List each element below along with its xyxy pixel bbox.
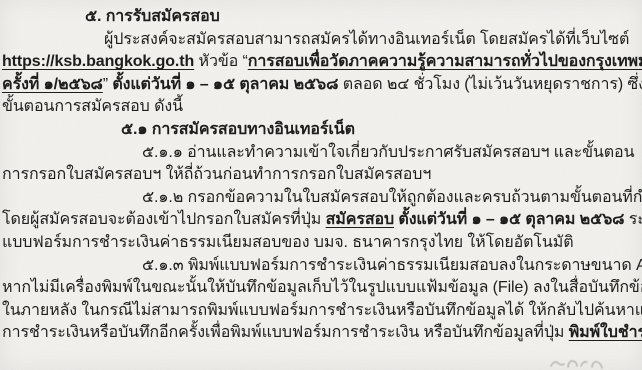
- text-run: โดยผู้สมัครสอบจะต้องเข้าไปกรอกใบสมัครที่…: [2, 211, 326, 228]
- text-line: ๕.๑.๒ กรอกข้อความในใบสมัครสอบให้ถูกต้องแ…: [0, 187, 642, 210]
- text-run: ในภายหลัง ในกรณีไม่สามารถพิมพ์แบบฟอร์มกา…: [2, 302, 642, 319]
- text-line: การชำระเงินหรือบันทึกอีกครั้งเพื่อพิมพ์แ…: [0, 322, 642, 345]
- section-heading: ๕. การรับสมัครสอบ: [0, 6, 642, 29]
- text-line: หากไม่มีเครื่องพิมพ์ในขณะนั้นให้บันทึกข้…: [0, 277, 642, 300]
- text-run: แบบฟอร์มการชำระเงินค่าธรรมเนียมสอบของ บม…: [2, 234, 574, 251]
- exam-title-continued: ครั้งที่ ๑/๒๕๖๘: [2, 76, 103, 93]
- text-run: ผู้ประสงค์จะสมัครสอบสามารถสมัครได้ทางอิน…: [104, 31, 629, 48]
- text-line: โดยผู้สมัครสอบจะต้องเข้าไปกรอกใบสมัครที่…: [0, 209, 642, 232]
- text-line: ในภายหลัง ในกรณีไม่สามารถพิมพ์แบบฟอร์มกา…: [0, 300, 642, 323]
- subsection-heading: ๕.๑ การสมัครสอบทางอินเทอร์เน็ต: [0, 119, 642, 142]
- exam-title: การสอบเพื่อวัดภาคความรู้ความสามารถทั่วไป…: [248, 53, 642, 70]
- text-run: การชำระเงินหรือบันทึกอีกครั้งเพื่อพิมพ์แ…: [2, 324, 569, 341]
- text-line: ผู้ประสงค์จะสมัครสอบสามารถสมัครได้ทางอิน…: [0, 29, 642, 52]
- text-run: ขั้นตอนการสมัครสอบ ดังนี้: [2, 98, 183, 115]
- cut-off-next-line-fragment: [548, 357, 606, 370]
- text-run: ๕.๑.๒ กรอกข้อความในใบสมัครสอบให้ถูกต้องแ…: [142, 189, 642, 206]
- application-period: ตั้งแต่วันที่ ๑ – ๑๕ ตุลาคม ๒๕๖๘: [398, 211, 624, 228]
- scanned-document-page: ๕. การรับสมัครสอบผู้ประสงค์จะสมัครสอบสาม…: [0, 0, 642, 370]
- apply-button-reference: สมัครสอบ: [326, 211, 394, 228]
- text-line: การกรอกใบสมัครสอบฯ ให้ถี่ถ้วนก่อนทำการกร…: [0, 164, 642, 187]
- text-run: ตลอด ๒๔ ชั่วโมง (ไม่เว้นวันหยุดราชการ) ซ…: [338, 76, 642, 93]
- text-line: ๕.๑.๓ พิมพ์แบบฟอร์มการชำระเงินค่าธรรมเนี…: [0, 255, 642, 278]
- text-run: ”: [103, 76, 113, 93]
- text-run: หากไม่มีเครื่องพิมพ์ในขณะนั้นให้บันทึกข้…: [2, 279, 642, 296]
- text-line: ขั้นตอนการสมัครสอบ ดังนี้: [0, 96, 642, 119]
- text-run: ระบบจะออก: [624, 211, 642, 228]
- text-line: ครั้งที่ ๑/๒๕๖๘” ตั้งแต่วันที่ ๑ – ๑๕ ตุ…: [0, 74, 642, 97]
- text-run: ๕.๑.๓ พิมพ์แบบฟอร์มการชำระเงินค่าธรรมเนี…: [142, 257, 642, 274]
- text-line: https://ksb.bangkok.go.th หัวข้อ “การสอบ…: [0, 51, 642, 74]
- subsection-heading-text: ๕.๑ การสมัครสอบทางอินเทอร์เน็ต: [121, 121, 355, 138]
- text-run: การกรอกใบสมัครสอบฯ ให้ถี่ถ้วนก่อนทำการกร…: [2, 166, 431, 183]
- text-line: ๕.๑.๑ อ่านและทำความเข้าใจเกี่ยวกับประกาศ…: [0, 142, 642, 165]
- section-heading-text: ๕. การรับสมัครสอบ: [85, 8, 220, 25]
- website-url: https://ksb.bangkok.go.th: [2, 53, 194, 70]
- text-run: หัวข้อ “: [194, 53, 248, 70]
- print-payment-button-reference: พิมพ์ใบชำระเงิน: [569, 324, 642, 341]
- text-run: ๕.๑.๑ อ่านและทำความเข้าใจเกี่ยวกับประกาศ…: [142, 144, 634, 161]
- application-period: ตั้งแต่วันที่ ๑ – ๑๕ ตุลาคม ๒๕๖๘: [112, 76, 338, 93]
- document-body: ๕. การรับสมัครสอบผู้ประสงค์จะสมัครสอบสาม…: [0, 0, 642, 345]
- text-line: แบบฟอร์มการชำระเงินค่าธรรมเนียมสอบของ บม…: [0, 232, 642, 255]
